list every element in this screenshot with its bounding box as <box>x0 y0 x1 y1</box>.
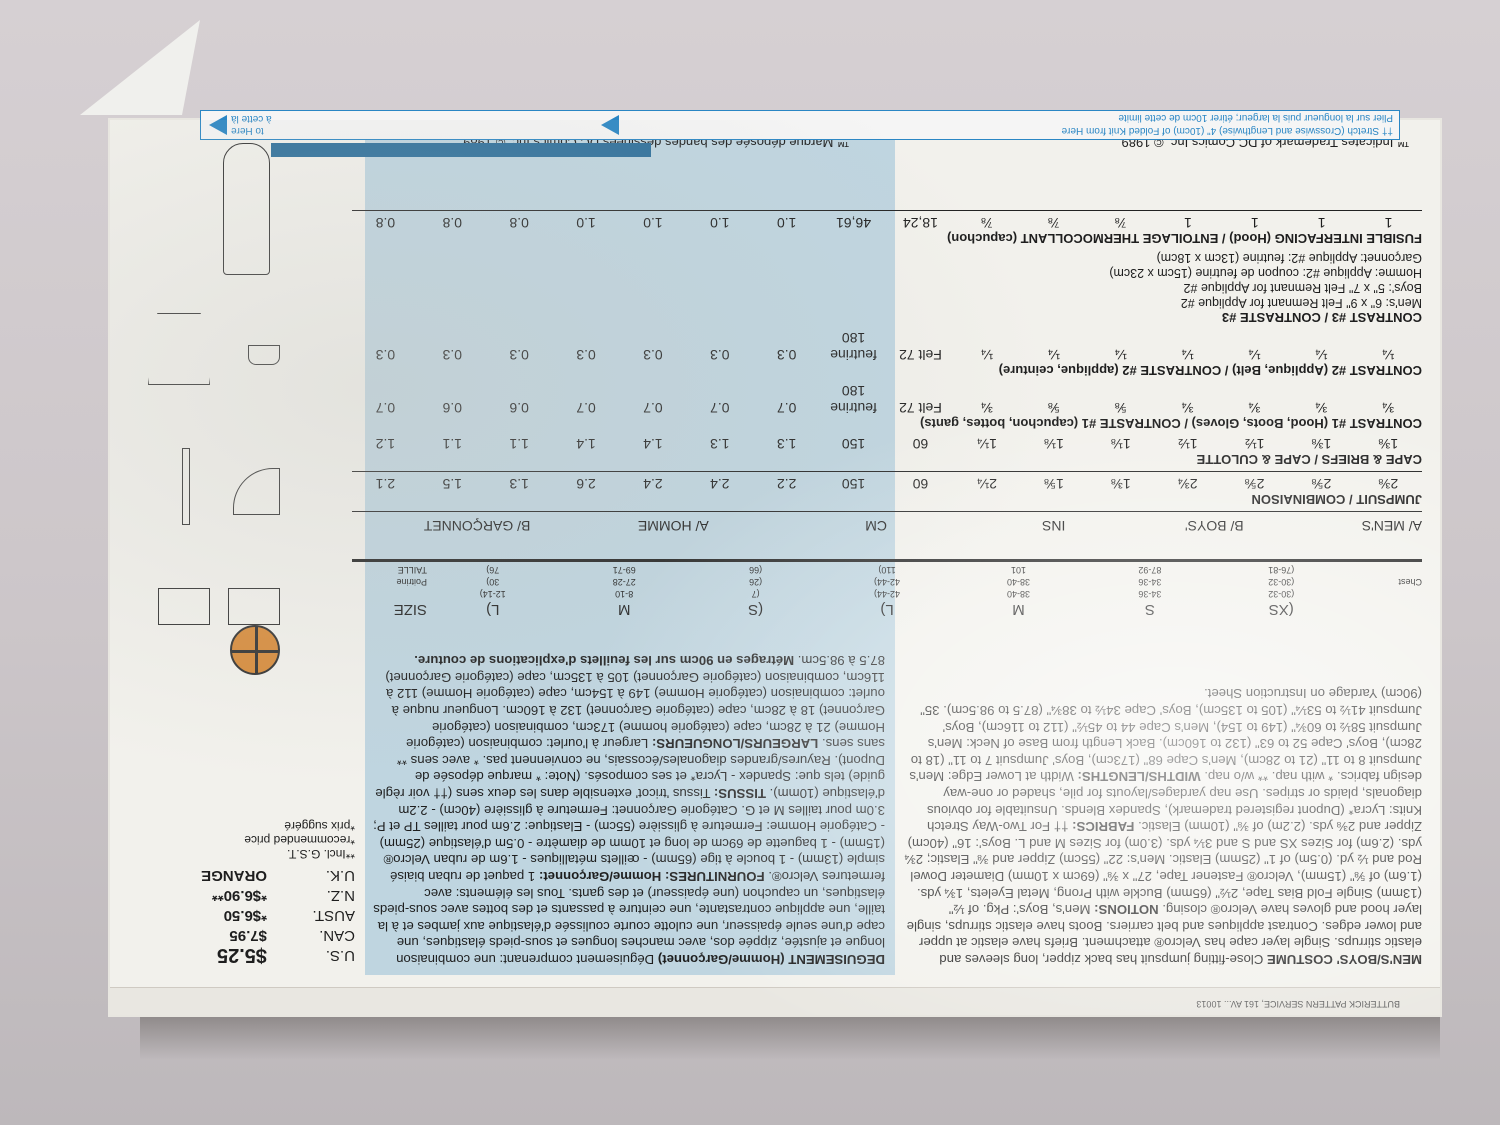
english-title: MEN'S/BOYS' COSTUME <box>1267 952 1422 967</box>
widths-label: WIDTHS/LENGTHS: <box>1078 769 1201 784</box>
a-cette-label: à cette là <box>231 112 272 125</box>
french-title: DEGUISEMENT (Homme/Garçonnet) <box>658 952 885 967</box>
table-row: 1111⅞⅞⅞ 18,2446,61 1.01.01.01.00.80.80.8 <box>352 214 1422 231</box>
jumpsuit-icon <box>223 143 270 275</box>
price-footnotes: **Incl. G.S.T. *recommended price *prix … <box>135 819 355 861</box>
table-row: 1⅜1⅜1½1½1⅛1⅛1¼ 60150 1.31.31.41.41.11.11… <box>352 435 1422 452</box>
stretch-symbol: †† <box>1382 125 1393 136</box>
row-label: JUMPSUIT / COMBINAISON <box>352 492 1422 507</box>
yardage-table: A/ MEN'S B/ BOYS' INS CM A/ HOMME B/ GAR… <box>352 207 1422 537</box>
notions-label: NOTIONS: <box>1094 902 1158 917</box>
price-row: N.Z.*$6.90** <box>135 885 355 905</box>
tissus-label: TISSUS: <box>714 786 766 801</box>
arrow-icon <box>209 115 227 135</box>
stretch-line2: Plier sur la longueur puis la largeur; é… <box>1118 112 1393 123</box>
butterick-logo-icon <box>230 625 280 675</box>
row-label: CONTRAST #1 (Hood, Boots, Gloves) / CONT… <box>352 416 1422 431</box>
row-label: CAPE & BRIEFS / CAPE & CULOTTE <box>352 452 1422 467</box>
pattern-pieces <box>120 125 340 715</box>
row-label: FUSIBLE INTERFACING (Hood) / ENTOILAGE T… <box>352 231 1422 246</box>
divider <box>352 559 1422 562</box>
row-label: CONTRAST #2 (Applique, Belt) / CONTRASTE… <box>352 363 1422 378</box>
price-list: U.S.$5.25 CAN.$7.95 AUST.*$6.50 N.Z.*$6.… <box>135 819 355 965</box>
fournitures-label: FOURNITURES: Homme/Garçonnet: <box>539 869 765 884</box>
pattern-envelope: BUTTERICK PATTERN SERVICE, 161 AV... 100… <box>110 120 1440 1015</box>
price-row: U.S.$5.25 <box>135 945 355 965</box>
contrast3-notes: Men's: 6" x 9" Felt Remnant for Applique… <box>352 250 1422 310</box>
table-row: ¾¾¾¾⅝⅝¾ Felt 72feutrine 180 0.70.70.70.7… <box>352 382 1422 416</box>
chest-row: Chest (30-3234-3638-4042-44)(2627-2830) … <box>352 577 1422 589</box>
applique-icon <box>233 468 280 515</box>
price-row: CAN.$7.95 <box>135 925 355 945</box>
to-here-label: to Here <box>231 124 264 137</box>
price-row: AUST.*$6.50 <box>135 905 355 925</box>
fabrics-label: FABRICS: <box>1072 819 1134 834</box>
hood-icon <box>248 345 280 365</box>
french-description: DEGUISEMENT (Homme/Garçonnet) Déguisemen… <box>373 652 885 967</box>
stretch-gauge: †† Stretch (Crosswise and Lengthwise) 4"… <box>200 110 1400 140</box>
table-header: A/ MEN'S B/ BOYS' INS CM A/ HOMME B/ GAR… <box>352 515 1422 537</box>
belt-icon <box>182 448 190 525</box>
table-row: ¼¼¼¼¼¼¼ Felt 72feutrine 180 0.30.30.30.3… <box>352 329 1422 363</box>
size-number-row: (30-3234-3638-4042-44)(78-1012-14) <box>352 589 1422 601</box>
gloves-icon <box>228 588 280 625</box>
english-description: MEN'S/BOYS' COSTUME Close-fitting jumpsu… <box>902 685 1422 967</box>
boots-icon <box>158 588 210 625</box>
size-chart: (XSSML)(SML) SIZE (30-3234-3638-4042-44)… <box>352 556 1422 623</box>
poitrine-row: (76-8187-92101110)(6669-7176) TAILLE <box>352 565 1422 577</box>
table-row: 2⅜2⅝2⅝2¾1⅜1⅝2¼ 60150 2.22.42.42.61.31.52… <box>352 475 1422 492</box>
publisher-strip: BUTTERICK PATTERN SERVICE, 161 AV... 100… <box>110 987 1440 1015</box>
briefs-icon <box>148 313 210 385</box>
row-label: CONTRAST #3 / CONTRASTE #3 <box>352 310 1422 325</box>
metrages-text: Métrages en 90cm sur les feuillets d'exp… <box>414 653 794 668</box>
arrow-icon <box>601 115 619 135</box>
largeurs-label: LARGEURS/LONGUEURS: <box>652 736 818 751</box>
stretch-line1: Stretch (Crosswise and Lengthwise) 4" (1… <box>1062 125 1380 136</box>
price-row: U.K.ORANGE <box>135 865 355 885</box>
size-row-en: (XSSML)(SML) SIZE <box>352 601 1422 623</box>
